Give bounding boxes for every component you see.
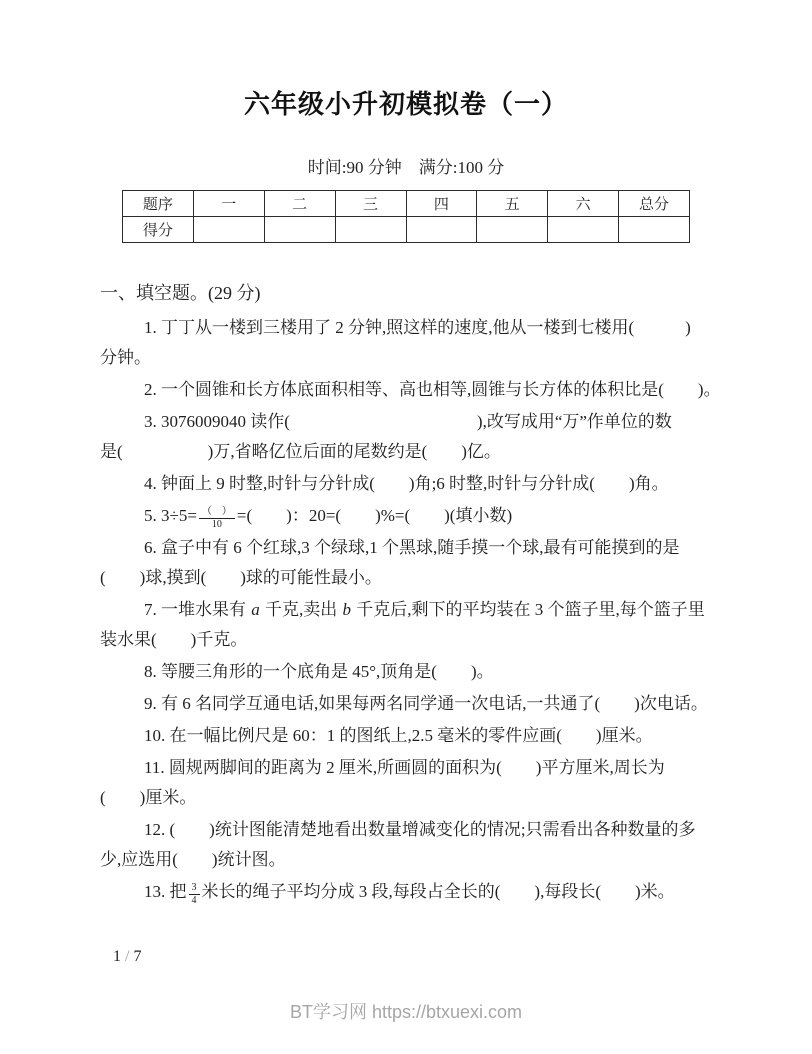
score-table-header-cell: 六 [548,191,619,217]
question-line: 9. 有 6 名同学互通电话,如果每两名同学通一次电话,一共通了( )次电话。 [100,689,712,719]
question-item: 7. 一堆水果有 a 千克,卖出 b 千克后,剩下的平均装在 3 个篮子里,每个… [100,595,712,655]
question-line: ( )厘米。 [100,783,712,813]
question-line: 10. 在一幅比例尺是 60：1 的图纸上,2.5 毫米的零件应画( )厘米。 [100,721,712,751]
question-line: 1. 丁丁从一楼到三楼用了 2 分钟,照这样的速度,他从一楼到七楼用( ) [100,313,712,343]
question-item: 1. 丁丁从一楼到三楼用了 2 分钟,照这样的速度,他从一楼到七楼用( )分钟。 [100,313,712,373]
fraction-numerator: （ ） [199,506,235,519]
page-number-total: 7 [133,948,143,965]
score-table-score-cell [406,217,477,243]
question-line: 12. ( )统计图能清楚地看出数量增减变化的情况;只需看出各种数量的多 [100,815,712,845]
page-number-slash: / [123,948,133,965]
question-item: 9. 有 6 名同学互通电话,如果每两名同学通一次电话,一共通了( )次电话。 [100,689,712,719]
score-table-score-cell [477,217,548,243]
question-line: 分钟。 [100,343,712,373]
page-number-current: 1 [113,948,123,965]
question-item: 2. 一个圆锥和长方体底面积相等、高也相等,圆锥与长方体的体积比是( )。 [100,375,712,405]
question-item: 10. 在一幅比例尺是 60：1 的图纸上,2.5 毫米的零件应画( )厘米。 [100,721,712,751]
question-list: 1. 丁丁从一楼到三楼用了 2 分钟,照这样的速度,他从一楼到七楼用( )分钟。… [100,313,712,907]
fraction-numerator: 3 [189,882,200,895]
question-line: 11. 圆规两脚间的距离为 2 厘米,所画圆的面积为( )平方厘米,周长为 [100,753,712,783]
fraction: （ ）10 [199,506,235,530]
score-table-header-cell: 三 [335,191,406,217]
fraction: 34 [189,882,200,906]
score-table-header-cell: 二 [264,191,335,217]
site-watermark: BT学习网 https://btxuexi.com [0,998,812,1024]
question-line: 8. 等腰三角形的一个底角是 45°,顶角是( )。 [100,657,712,687]
exam-time-score-info: 时间:90 分钟 满分:100 分 [100,153,712,178]
question-line: 7. 一堆水果有 a 千克,卖出 b 千克后,剩下的平均装在 3 个篮子里,每个… [100,595,712,625]
score-table-score-cell [548,217,619,243]
question-item: 6. 盒子中有 6 个红球,3 个绿球,1 个黑球,随手摸一个球,最有可能摸到的… [100,533,712,593]
question-line: 5. 3÷5=（ ）10=( )：20=( )%=( )(填小数) [100,501,712,531]
score-table-header-row: 题序一二三四五六总分 [123,191,690,217]
score-table-header-cell: 题序 [123,191,194,217]
question-item: 3. 3076009040 读作( ),改写成用“万”作单位的数是( )万,省略… [100,407,712,467]
variable-letter: b [342,600,353,619]
score-table-score-cell [619,217,690,243]
question-line: 是( )万,省略亿位后面的尾数约是( )亿。 [100,437,712,467]
score-table-score-cell [335,217,406,243]
page-title: 六年级小升初模拟卷（一） [100,84,712,121]
fraction-denominator: 10 [199,519,235,531]
score-table-score-row: 得分 [123,217,690,243]
question-line: 少,应选用( )统计图。 [100,845,712,875]
score-table-header-cell: 总分 [619,191,690,217]
score-table-header-cell: 四 [406,191,477,217]
question-line: 3. 3076009040 读作( ),改写成用“万”作单位的数 [100,407,712,437]
score-table-header-cell: 一 [193,191,264,217]
fraction-denominator: 4 [189,895,200,907]
variable-letter: a [250,600,261,619]
section-heading: 一、填空题。(29 分) [100,279,712,305]
question-item: 13. 把34米长的绳子平均分成 3 段,每段占全长的( ),每段长( )米。 [100,877,712,907]
question-item: 8. 等腰三角形的一个底角是 45°,顶角是( )。 [100,657,712,687]
score-table-score-cell [193,217,264,243]
score-table: 题序一二三四五六总分得分 [122,190,690,243]
question-item: 12. ( )统计图能清楚地看出数量增减变化的情况;只需看出各种数量的多少,应选… [100,815,712,875]
question-line: 13. 把34米长的绳子平均分成 3 段,每段占全长的( ),每段长( )米。 [100,877,712,907]
score-table-header-cell: 五 [477,191,548,217]
question-line: 装水果( )千克。 [100,625,712,655]
question-item: 11. 圆规两脚间的距离为 2 厘米,所画圆的面积为( )平方厘米,周长为( )… [100,753,712,813]
score-table-score-cell [264,217,335,243]
question-line: 6. 盒子中有 6 个红球,3 个绿球,1 个黑球,随手摸一个球,最有可能摸到的… [100,533,712,563]
page-content: 六年级小升初模拟卷（一） 时间:90 分钟 满分:100 分 题序一二三四五六总… [100,0,712,907]
score-table-body: 题序一二三四五六总分得分 [123,191,690,243]
question-line: ( )球,摸到( )球的可能性最小。 [100,563,712,593]
question-item: 4. 钟面上 9 时整,时针与分针成( )角;6 时整,时针与分针成( )角。 [100,469,712,499]
question-line: 2. 一个圆锥和长方体底面积相等、高也相等,圆锥与长方体的体积比是( )。 [100,375,712,405]
question-item: 5. 3÷5=（ ）10=( )：20=( )%=( )(填小数) [100,501,712,531]
score-table-score-cell: 得分 [123,217,194,243]
question-line: 4. 钟面上 9 时整,时针与分针成( )角;6 时整,时针与分针成( )角。 [100,469,712,499]
page-number: 1/7 [113,948,143,966]
exam-page: 六年级小升初模拟卷（一） 时间:90 分钟 满分:100 分 题序一二三四五六总… [0,0,812,1054]
